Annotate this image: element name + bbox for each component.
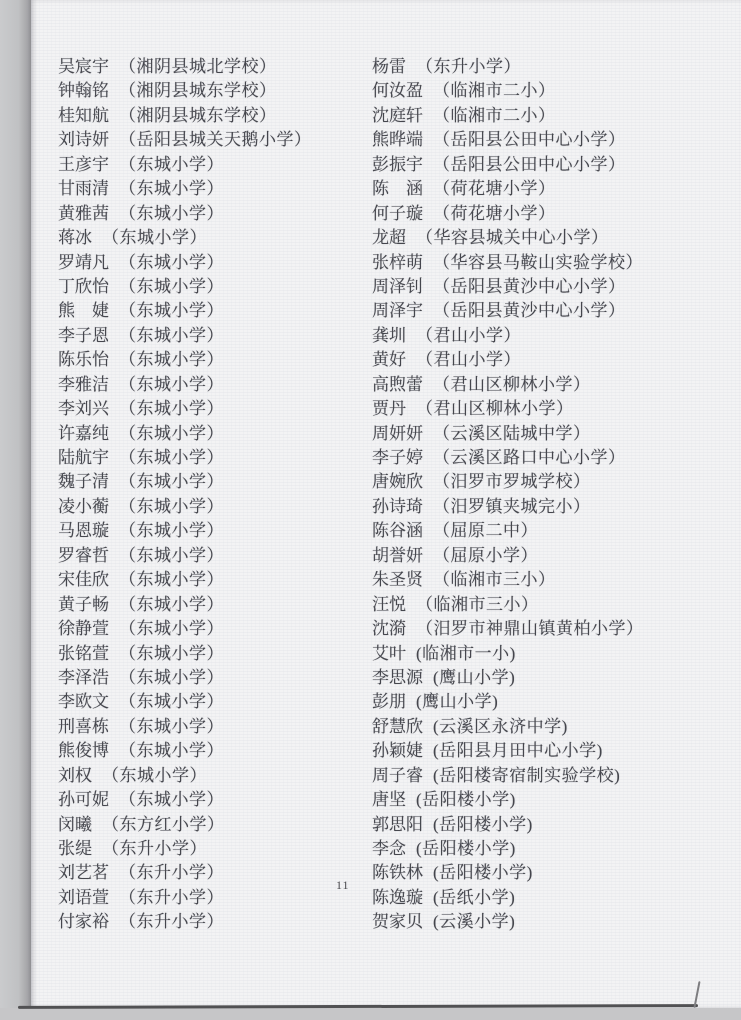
school-name: （东升小学） bbox=[416, 57, 521, 76]
school-name: （东城小学） bbox=[119, 595, 224, 614]
list-item: 彭朋(鹰山小学) bbox=[372, 690, 644, 714]
school-name: （岳阳县黄沙中心小学） bbox=[433, 277, 626, 296]
student-name: 舒慧欣 bbox=[372, 715, 423, 739]
list-item: 孙颖婕(岳阳县月田中心小学) bbox=[372, 739, 644, 763]
student-name: 陈乐怡 bbox=[58, 348, 109, 372]
list-item: 舒慧欣(云溪区永济中学) bbox=[372, 715, 644, 739]
list-item: 付家裕（东升小学） bbox=[58, 910, 312, 934]
school-name: （东城小学） bbox=[119, 424, 224, 443]
list-item: 李念(岳阳楼小学) bbox=[372, 837, 644, 861]
student-name: 贺家贝 bbox=[372, 910, 423, 934]
school-name: （岳阳县城关天鹅小学） bbox=[119, 130, 312, 149]
student-name: 陈逸璇 bbox=[372, 886, 423, 910]
school-name: （东升小学） bbox=[102, 839, 207, 858]
school-name: （东城小学） bbox=[119, 717, 224, 736]
student-name: 龚圳 bbox=[372, 324, 406, 348]
school-name: （汨罗市罗城学校） bbox=[433, 472, 591, 491]
school-name: （东城小学） bbox=[119, 155, 224, 174]
school-name: （东城小学） bbox=[119, 204, 224, 223]
school-name: （君山区柳林小学） bbox=[416, 399, 574, 418]
student-name: 付家裕 bbox=[58, 910, 109, 934]
school-name: （荷花塘小学） bbox=[433, 179, 556, 198]
list-item: 刑喜栋（东城小学） bbox=[58, 715, 312, 739]
list-item: 蒋冰（东城小学） bbox=[58, 226, 312, 250]
list-item: 周妍妍（云溪区陆城中学） bbox=[372, 422, 644, 446]
school-name: （君山小学） bbox=[416, 350, 521, 369]
student-name: 胡誉妍 bbox=[372, 544, 423, 568]
list-item: 龚圳（君山小学） bbox=[372, 324, 644, 348]
student-name: 张铭萱 bbox=[58, 642, 109, 666]
school-name: (鹰山小学) bbox=[433, 668, 515, 687]
list-item: 甘雨清（东城小学） bbox=[58, 177, 312, 201]
list-item: 李泽浩（东城小学） bbox=[58, 666, 312, 690]
list-item: 罗靖凡（东城小学） bbox=[58, 251, 312, 275]
student-name: 汪悦 bbox=[372, 593, 406, 617]
school-name: （东城小学） bbox=[119, 448, 224, 467]
student-name: 徐静萱 bbox=[58, 617, 109, 641]
student-name: 李泽浩 bbox=[58, 666, 109, 690]
school-name: （湘阴县城北学校） bbox=[119, 57, 277, 76]
list-item: 李欧文（东城小学） bbox=[58, 690, 312, 714]
student-name: 黄雅茜 bbox=[58, 202, 109, 226]
school-name: （东城小学） bbox=[119, 692, 224, 711]
school-name: （东城小学） bbox=[119, 644, 224, 663]
list-item: 周泽宇（岳阳县黄沙中心小学） bbox=[372, 299, 644, 323]
list-item: 艾叶(临湘市一小) bbox=[372, 642, 644, 666]
school-name: （东城小学） bbox=[119, 619, 224, 638]
student-name: 周泽钊 bbox=[372, 275, 423, 299]
school-name: （东城小学） bbox=[119, 521, 224, 540]
school-name: （东升小学） bbox=[119, 912, 224, 931]
school-name: （东方红小学） bbox=[102, 815, 225, 834]
list-item: 李雅洁（东城小学） bbox=[58, 373, 312, 397]
list-item: 钟翰铭（湘阴县城东学校） bbox=[58, 79, 312, 103]
student-name: 熊晔端 bbox=[372, 128, 423, 152]
student-name: 沈漪 bbox=[372, 617, 406, 641]
student-name: 艾叶 bbox=[372, 642, 406, 666]
school-name: （湘阴县城东学校） bbox=[119, 81, 277, 100]
school-name: （临湘市三小） bbox=[416, 595, 539, 614]
school-name: (云溪小学) bbox=[433, 912, 515, 931]
paper-page: 吴宸宇（湘阴县城北学校）钟翰铭（湘阴县城东学校）桂知航（湘阴县城东学校）刘诗妍（… bbox=[31, 0, 741, 1008]
list-item: 沈庭轩（临湘市二小） bbox=[372, 104, 644, 128]
student-name: 熊俊博 bbox=[58, 739, 109, 763]
school-name: (云溪区永济中学) bbox=[433, 717, 568, 736]
school-name: （东升小学） bbox=[119, 863, 224, 882]
page-number: 11 bbox=[336, 878, 350, 893]
school-name: （临湘市二小） bbox=[433, 106, 556, 125]
student-name: 宋佳欣 bbox=[58, 568, 109, 592]
school-name: （岳阳县黄沙中心小学） bbox=[433, 301, 626, 320]
school-name: （临湘市三小） bbox=[433, 570, 556, 589]
student-name: 刘艺茗 bbox=[58, 861, 109, 885]
student-name: 李刘兴 bbox=[58, 397, 109, 421]
list-item: 黄子畅（东城小学） bbox=[58, 593, 312, 617]
school-name: （东城小学） bbox=[119, 741, 224, 760]
student-name: 彭振宇 bbox=[372, 153, 423, 177]
list-item: 孙可妮（东城小学） bbox=[58, 788, 312, 812]
list-item: 张梓萌（华容县马鞍山实验学校） bbox=[372, 251, 644, 275]
student-name: 周子睿 bbox=[372, 764, 423, 788]
student-name: 陆航宇 bbox=[58, 446, 109, 470]
school-name: （云溪区陆城中学） bbox=[433, 424, 591, 443]
school-name: （东升小学） bbox=[119, 888, 224, 907]
list-item: 孙诗琦（汨罗镇夹城完小） bbox=[372, 495, 644, 519]
list-item: 闵曦（东方红小学） bbox=[58, 813, 312, 837]
list-item: 彭振宇（岳阳县公田中心小学） bbox=[372, 153, 644, 177]
school-name: （汨罗镇夹城完小） bbox=[433, 497, 591, 516]
list-item: 汪悦（临湘市三小） bbox=[372, 593, 644, 617]
school-name: (鹰山小学) bbox=[416, 692, 498, 711]
list-item: 刘诗妍（岳阳县城关天鹅小学） bbox=[58, 128, 312, 152]
list-item: 许嘉纯（东城小学） bbox=[58, 422, 312, 446]
student-name: 陈 涵 bbox=[372, 177, 423, 201]
school-name: （荷花塘小学） bbox=[433, 204, 556, 223]
list-item: 唐婉欣（汨罗市罗城学校） bbox=[372, 470, 644, 494]
school-name: （临湘市二小） bbox=[433, 81, 556, 100]
student-name: 马恩璇 bbox=[58, 519, 109, 543]
list-item: 杨雷（东升小学） bbox=[372, 55, 644, 79]
student-name: 郭思阳 bbox=[372, 813, 423, 837]
list-item: 黄雅茜（东城小学） bbox=[58, 202, 312, 226]
list-item: 贺家贝(云溪小学) bbox=[372, 910, 644, 934]
list-item: 张缇（东升小学） bbox=[58, 837, 312, 861]
list-item: 马恩璇（东城小学） bbox=[58, 519, 312, 543]
student-name: 闵曦 bbox=[58, 813, 92, 837]
list-item: 黄好（君山小学） bbox=[372, 348, 644, 372]
list-item: 何子璇（荷花塘小学） bbox=[372, 202, 644, 226]
student-name: 黄子畅 bbox=[58, 593, 109, 617]
school-name: （东城小学） bbox=[102, 228, 207, 247]
list-item: 何汝盈（临湘市二小） bbox=[372, 79, 644, 103]
list-item: 陈乐怡（东城小学） bbox=[58, 348, 312, 372]
school-name: （东城小学） bbox=[119, 277, 224, 296]
list-item: 陆航宇（东城小学） bbox=[58, 446, 312, 470]
student-name: 孙诗琦 bbox=[372, 495, 423, 519]
student-name: 朱圣贤 bbox=[372, 568, 423, 592]
school-name: (岳阳楼小学) bbox=[416, 839, 516, 858]
student-name: 孙可妮 bbox=[58, 788, 109, 812]
student-name: 何汝盈 bbox=[372, 79, 423, 103]
school-name: （东城小学） bbox=[119, 350, 224, 369]
student-name: 王彦宇 bbox=[58, 153, 109, 177]
school-name: （东城小学） bbox=[102, 766, 207, 785]
student-name: 杨雷 bbox=[372, 55, 406, 79]
school-name: （东城小学） bbox=[119, 301, 224, 320]
school-name: (岳阳楼小学) bbox=[433, 863, 533, 882]
list-item: 李子恩（东城小学） bbox=[58, 324, 312, 348]
student-name: 甘雨清 bbox=[58, 177, 109, 201]
list-item: 丁欣怡（东城小学） bbox=[58, 275, 312, 299]
student-name: 张梓萌 bbox=[372, 251, 423, 275]
student-name: 李欧文 bbox=[58, 690, 109, 714]
list-item: 周泽钊（岳阳县黄沙中心小学） bbox=[372, 275, 644, 299]
school-name: （华容县马鞍山实验学校） bbox=[433, 253, 643, 272]
school-name: (岳阳县月田中心小学) bbox=[433, 741, 603, 760]
list-item: 高煦蕾（君山区柳林小学） bbox=[372, 373, 644, 397]
student-name: 何子璇 bbox=[372, 202, 423, 226]
student-name: 周泽宇 bbox=[372, 299, 423, 323]
school-name: (岳阳楼小学) bbox=[416, 790, 516, 809]
student-name: 孙颖婕 bbox=[372, 739, 423, 763]
list-item: 李刘兴（东城小学） bbox=[58, 397, 312, 421]
student-name: 刘诗妍 bbox=[58, 128, 109, 152]
list-item: 胡誉妍（屈原小学） bbox=[372, 544, 644, 568]
list-item: 李思源(鹰山小学) bbox=[372, 666, 644, 690]
scanned-document: 吴宸宇（湘阴县城北学校）钟翰铭（湘阴县城东学校）桂知航（湘阴县城东学校）刘诗妍（… bbox=[0, 0, 741, 1020]
student-name: 桂知航 bbox=[58, 104, 109, 128]
school-name: （汨罗市神鼎山镇黄柏小学） bbox=[416, 619, 644, 638]
student-name: 李子婷 bbox=[372, 446, 423, 470]
list-item: 贾丹（君山区柳林小学） bbox=[372, 397, 644, 421]
school-name: (临湘市一小) bbox=[416, 644, 516, 663]
list-item: 周子睿(岳阳楼寄宿制实验学校) bbox=[372, 764, 644, 788]
school-name: （东城小学） bbox=[119, 399, 224, 418]
student-name: 丁欣怡 bbox=[58, 275, 109, 299]
school-name: （湘阴县城东学校） bbox=[119, 106, 277, 125]
school-name: （东城小学） bbox=[119, 179, 224, 198]
list-item: 王彦宇（东城小学） bbox=[58, 153, 312, 177]
student-name: 李念 bbox=[372, 837, 406, 861]
list-item: 唐坚(岳阳楼小学) bbox=[372, 788, 644, 812]
school-name: （华容县城关中心小学） bbox=[416, 228, 609, 247]
student-name: 刑喜栋 bbox=[58, 715, 109, 739]
school-name: (岳阳楼寄宿制实验学校) bbox=[433, 766, 620, 785]
list-item: 吴宸宇（湘阴县城北学校） bbox=[58, 55, 312, 79]
student-name: 龙超 bbox=[372, 226, 406, 250]
school-name: （岳阳县公田中心小学） bbox=[433, 130, 626, 149]
school-name: （东城小学） bbox=[119, 497, 224, 516]
student-name: 陈铁林 bbox=[372, 861, 423, 885]
school-name: （东城小学） bbox=[119, 668, 224, 687]
student-name: 高煦蕾 bbox=[372, 373, 423, 397]
school-name: （东城小学） bbox=[119, 472, 224, 491]
school-name: （屈原小学） bbox=[433, 546, 538, 565]
list-item: 朱圣贤（临湘市三小） bbox=[372, 568, 644, 592]
list-item: 罗睿哲（东城小学） bbox=[58, 544, 312, 568]
list-item: 郭思阳(岳阳楼小学) bbox=[372, 813, 644, 837]
list-item: 刘权（东城小学） bbox=[58, 764, 312, 788]
student-name: 吴宸宇 bbox=[58, 55, 109, 79]
scan-left-margin bbox=[0, 0, 31, 1020]
school-name: （君山小学） bbox=[416, 326, 521, 345]
list-item: 宋佳欣（东城小学） bbox=[58, 568, 312, 592]
list-item: 沈漪（汨罗市神鼎山镇黄柏小学） bbox=[372, 617, 644, 641]
name-list-left-column: 吴宸宇（湘阴县城北学校）钟翰铭（湘阴县城东学校）桂知航（湘阴县城东学校）刘诗妍（… bbox=[58, 55, 312, 935]
school-name: （东城小学） bbox=[119, 790, 224, 809]
list-item: 刘艺茗（东升小学） bbox=[58, 861, 312, 885]
school-name: (岳纸小学) bbox=[433, 888, 515, 907]
list-item: 凌小蘅（东城小学） bbox=[58, 495, 312, 519]
student-name: 沈庭轩 bbox=[372, 104, 423, 128]
school-name: （东城小学） bbox=[119, 546, 224, 565]
school-name: （东城小学） bbox=[119, 253, 224, 272]
list-item: 熊晔端（岳阳县公田中心小学） bbox=[372, 128, 644, 152]
list-item: 陈逸璇(岳纸小学) bbox=[372, 886, 644, 910]
list-item: 陈铁林(岳阳楼小学) bbox=[372, 861, 644, 885]
school-name: （岳阳县公田中心小学） bbox=[433, 155, 626, 174]
list-item: 刘语萱（东升小学） bbox=[58, 886, 312, 910]
list-item: 陈 涵（荷花塘小学） bbox=[372, 177, 644, 201]
student-name: 钟翰铭 bbox=[58, 79, 109, 103]
school-name: （云溪区路口中心小学） bbox=[433, 448, 626, 467]
school-name: （东城小学） bbox=[119, 570, 224, 589]
list-item: 陈谷涵（屈原二中） bbox=[372, 519, 644, 543]
school-name: (岳阳楼小学) bbox=[433, 815, 533, 834]
student-name: 彭朋 bbox=[372, 690, 406, 714]
student-name: 熊 婕 bbox=[58, 299, 109, 323]
school-name: （东城小学） bbox=[119, 375, 224, 394]
school-name: （君山区柳林小学） bbox=[433, 375, 591, 394]
student-name: 刘语萱 bbox=[58, 886, 109, 910]
student-name: 凌小蘅 bbox=[58, 495, 109, 519]
student-name: 李雅洁 bbox=[58, 373, 109, 397]
student-name: 唐婉欣 bbox=[372, 470, 423, 494]
student-name: 黄好 bbox=[372, 348, 406, 372]
student-name: 罗睿哲 bbox=[58, 544, 109, 568]
student-name: 贾丹 bbox=[372, 397, 406, 421]
student-name: 许嘉纯 bbox=[58, 422, 109, 446]
student-name: 蒋冰 bbox=[58, 226, 92, 250]
student-name: 周妍妍 bbox=[372, 422, 423, 446]
list-item: 李子婷（云溪区路口中心小学） bbox=[372, 446, 644, 470]
list-item: 张铭萱（东城小学） bbox=[58, 642, 312, 666]
name-list-right-column: 杨雷（东升小学）何汝盈（临湘市二小）沈庭轩（临湘市二小）熊晔端（岳阳县公田中心小… bbox=[372, 55, 644, 935]
list-item: 熊俊博（东城小学） bbox=[58, 739, 312, 763]
student-name: 李子恩 bbox=[58, 324, 109, 348]
school-name: （屈原二中） bbox=[433, 521, 538, 540]
student-name: 刘权 bbox=[58, 764, 92, 788]
student-name: 李思源 bbox=[372, 666, 423, 690]
scan-bottom-margin bbox=[0, 1008, 741, 1020]
list-item: 魏子清（东城小学） bbox=[58, 470, 312, 494]
list-item: 熊 婕（东城小学） bbox=[58, 299, 312, 323]
student-name: 陈谷涵 bbox=[372, 519, 423, 543]
student-name: 张缇 bbox=[58, 837, 92, 861]
student-name: 唐坚 bbox=[372, 788, 406, 812]
list-item: 龙超（华容县城关中心小学） bbox=[372, 226, 644, 250]
student-name: 魏子清 bbox=[58, 470, 109, 494]
student-name: 罗靖凡 bbox=[58, 251, 109, 275]
school-name: （东城小学） bbox=[119, 326, 224, 345]
list-item: 徐静萱（东城小学） bbox=[58, 617, 312, 641]
list-item: 桂知航（湘阴县城东学校） bbox=[58, 104, 312, 128]
